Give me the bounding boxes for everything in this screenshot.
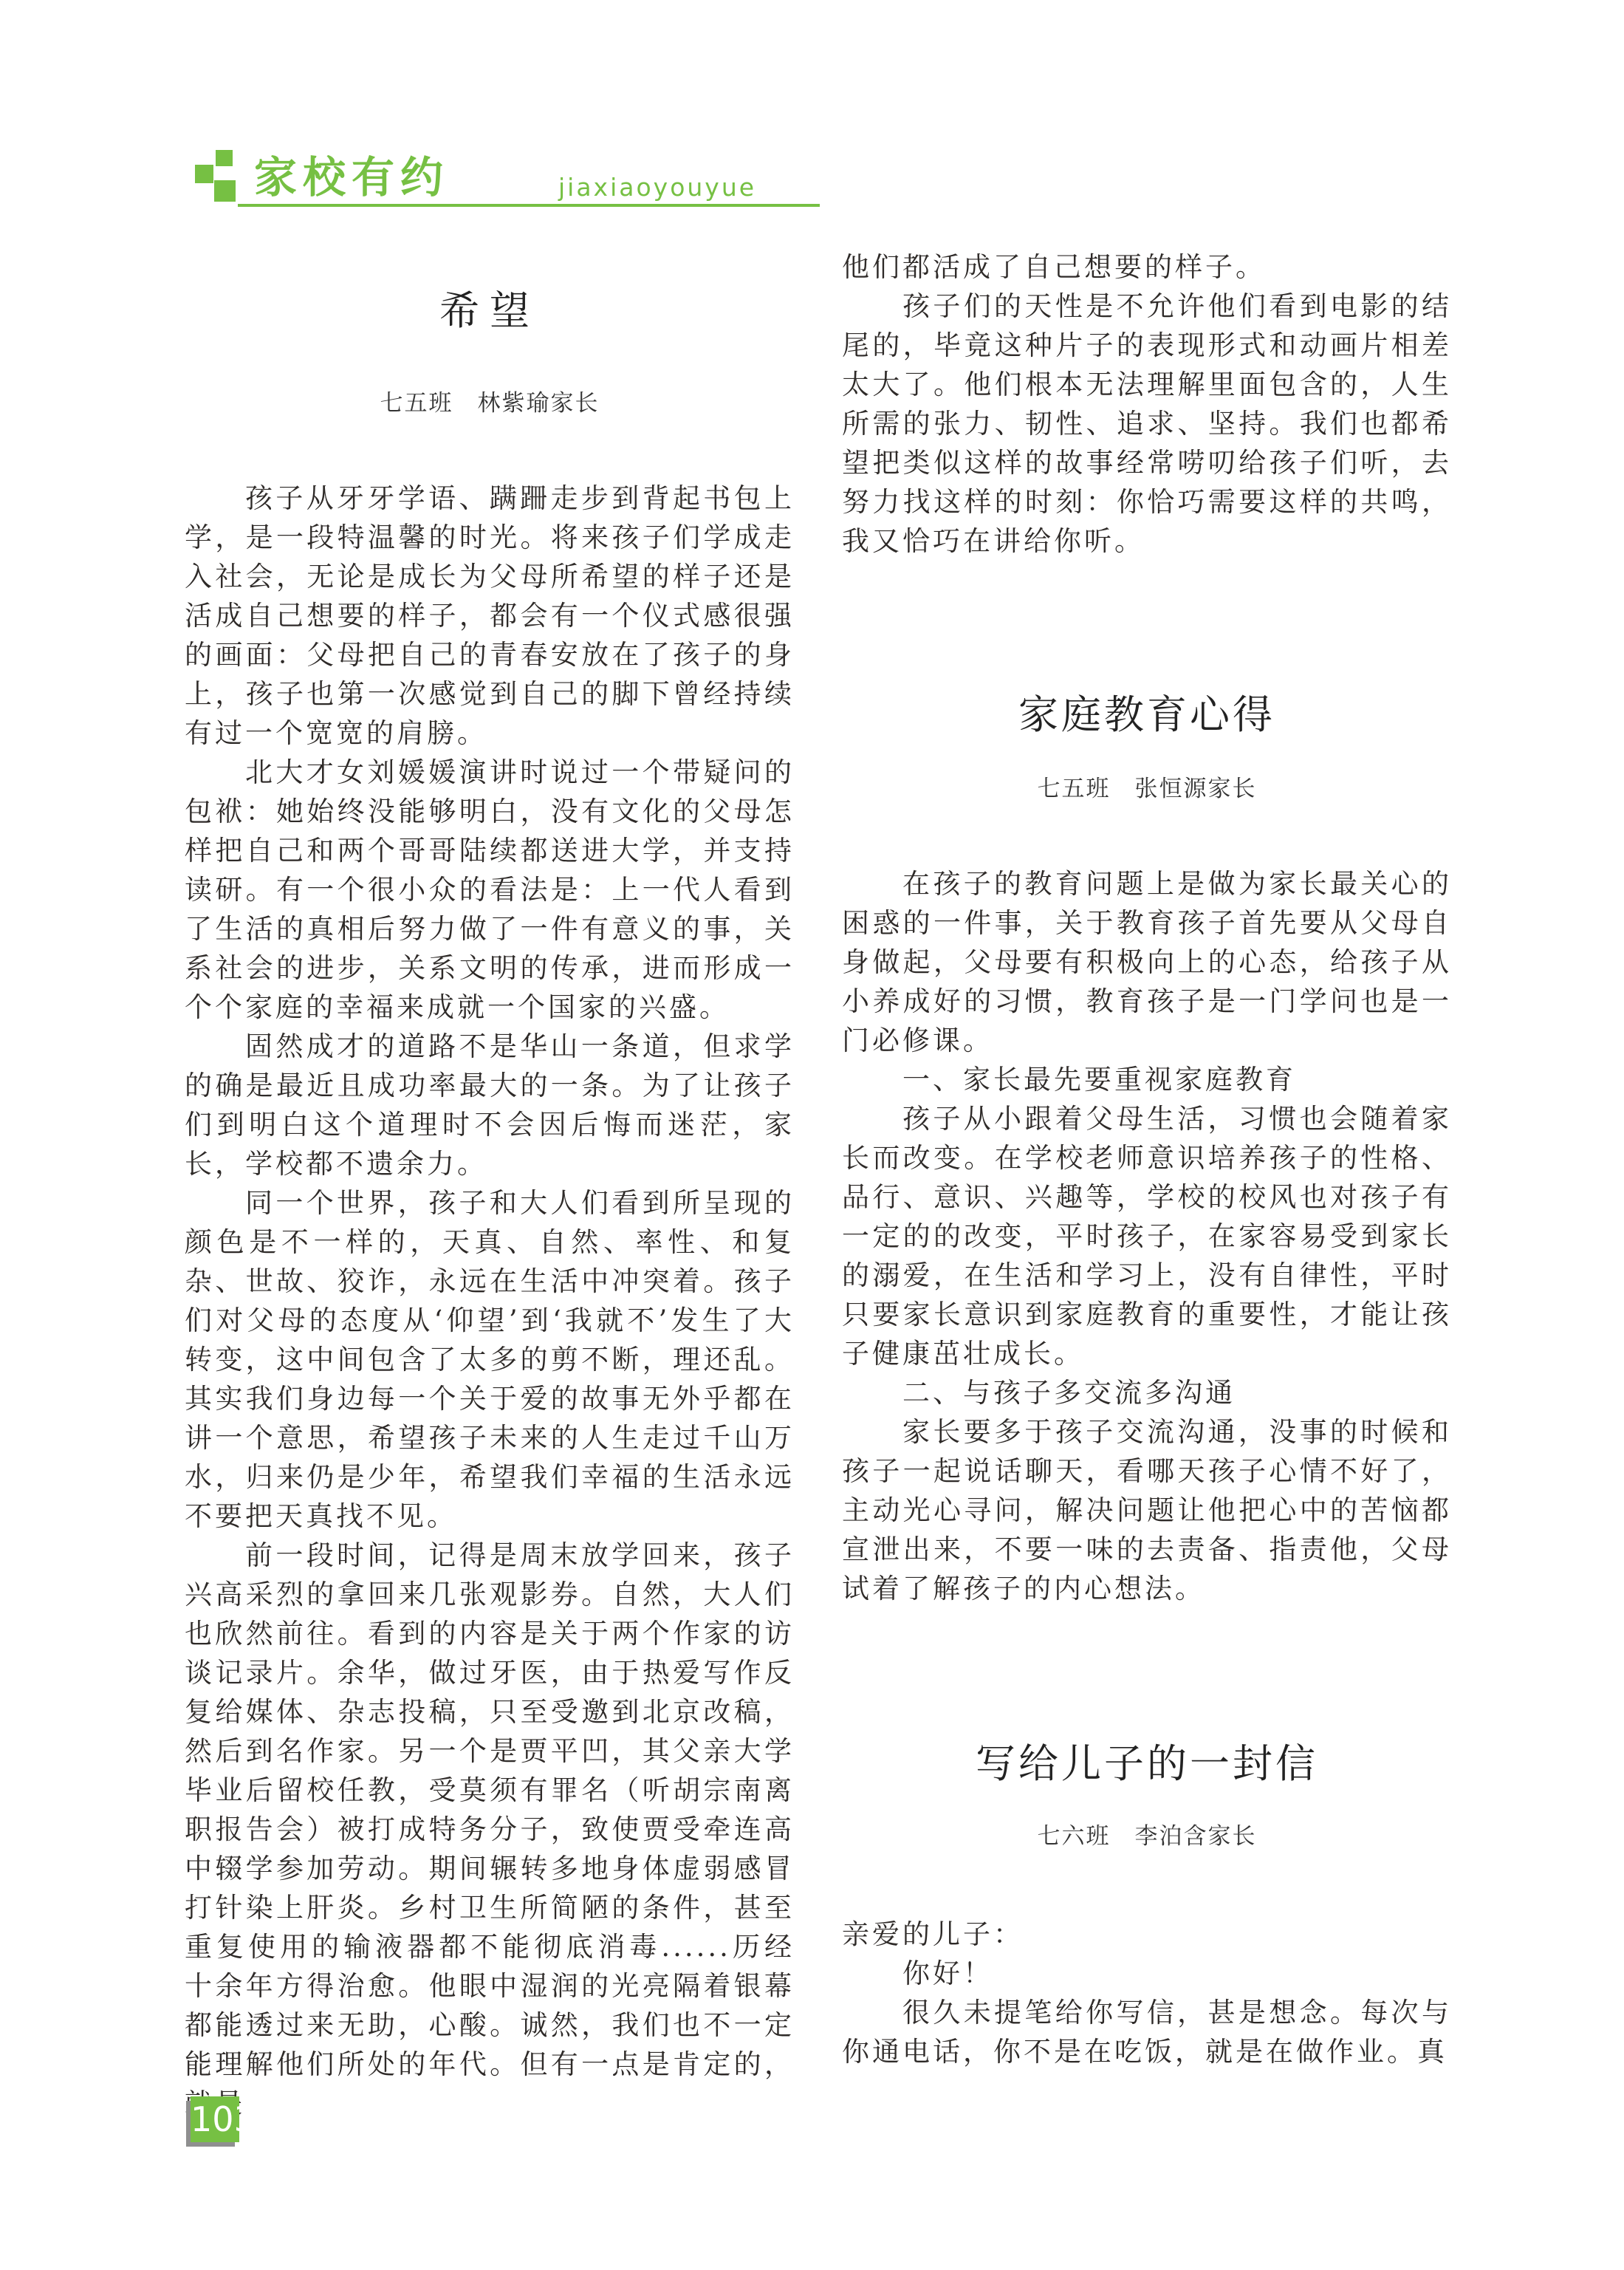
left-column-body: 孩子从牙牙学语、蹒跚走步到背起书包上学，是一段特温馨的时光。将来孩子们学成走入社… — [185, 479, 795, 2123]
article1-title: 希望 — [185, 285, 795, 337]
header-underline — [238, 204, 820, 207]
section-heading: 一、家长最先要重视家庭教育 — [842, 1060, 1452, 1099]
article2-body: 在孩子的教育问题上是做为家长最关心的困惑的一件事，关于教育孩子首先要从父母自身做… — [842, 864, 1452, 1608]
article2-title: 家庭教育心得 — [842, 689, 1452, 741]
paragraph: 孩子从小跟着父母生活，习惯也会随着家长而改变。在学校老师意识培养孩子的性格、品行… — [842, 1099, 1452, 1373]
paragraph: 同一个世界，孩子和大人们看到所呈现的颜色是不一样的，天真、自然、率性、和复杂、世… — [185, 1183, 795, 1536]
logo-square-icon — [195, 165, 213, 183]
section-logo-pinyin: jiaxiaoyouyue — [558, 173, 756, 202]
paragraph: 家长要多于孩子交流沟通，没事的时候和孩子一起说话聊天，看哪天孩子心情不好了，主动… — [842, 1412, 1452, 1608]
paragraph: 孩子们的天性是不允许他们看到电影的结尾的，毕竟这种片子的表现形式和动画片相差太大… — [842, 287, 1452, 561]
article1-byline: 七五班 林紫瑜家长 — [185, 384, 795, 417]
article2-byline: 七五班 张恒源家长 — [842, 770, 1452, 803]
paragraph: 很久未提笔给你写信，甚是想念。每次与你通电话，你不是在吃饭，就是在做作业。真 — [842, 1993, 1452, 2071]
paragraph: 他们都活成了自己想要的样子。 — [842, 247, 1452, 287]
paragraph: 前一段时间，记得是周末放学回来，孩子兴高采烈的拿回来几张观影券。自然，大人们也欣… — [185, 1536, 795, 2123]
article3-body: 亲爱的儿子： 你好！ 很久未提笔给你写信，甚是想念。每次与你通电话，你不是在吃饭… — [842, 1915, 1452, 2071]
paragraph: 在孩子的教育问题上是做为家长最关心的困惑的一件事，关于教育孩子首先要从父母自身做… — [842, 864, 1452, 1060]
paragraph: 孩子从牙牙学语、蹒跚走步到背起书包上学，是一段特温馨的时光。将来孩子们学成走入社… — [185, 479, 795, 753]
logo-square-icon — [214, 180, 236, 202]
paragraph: 固然成才的道路不是华山一条道，但求学的确是最近且成功率最大的一条。为了让孩子们到… — [185, 1027, 795, 1183]
letter-greeting: 你好！ — [842, 1954, 1452, 1993]
paragraph: 北大才女刘媛媛演讲时说过一个带疑问的包袱：她始终没能够明白，没有文化的父母怎样把… — [185, 753, 795, 1027]
right-column-continuation: 他们都活成了自己想要的样子。 孩子们的天性是不允许他们看到电影的结尾的，毕竟这种… — [842, 247, 1452, 561]
page-number-badge: 103 — [191, 2096, 239, 2142]
logo-square-icon — [216, 150, 233, 166]
letter-salutation: 亲爱的儿子： — [842, 1915, 1452, 1954]
section-heading: 二、与孩子多交流多沟通 — [842, 1373, 1452, 1412]
article3-title: 写给儿子的一封信 — [842, 1738, 1452, 1790]
article3-byline: 七六班 李泊含家长 — [842, 1817, 1452, 1850]
section-logo-title: 家校有约 — [254, 154, 449, 201]
magazine-page: 家校有约 jiaxiaoyouyue 希望 七五班 林紫瑜家长 孩子从牙牙学语、… — [0, 0, 1624, 2270]
